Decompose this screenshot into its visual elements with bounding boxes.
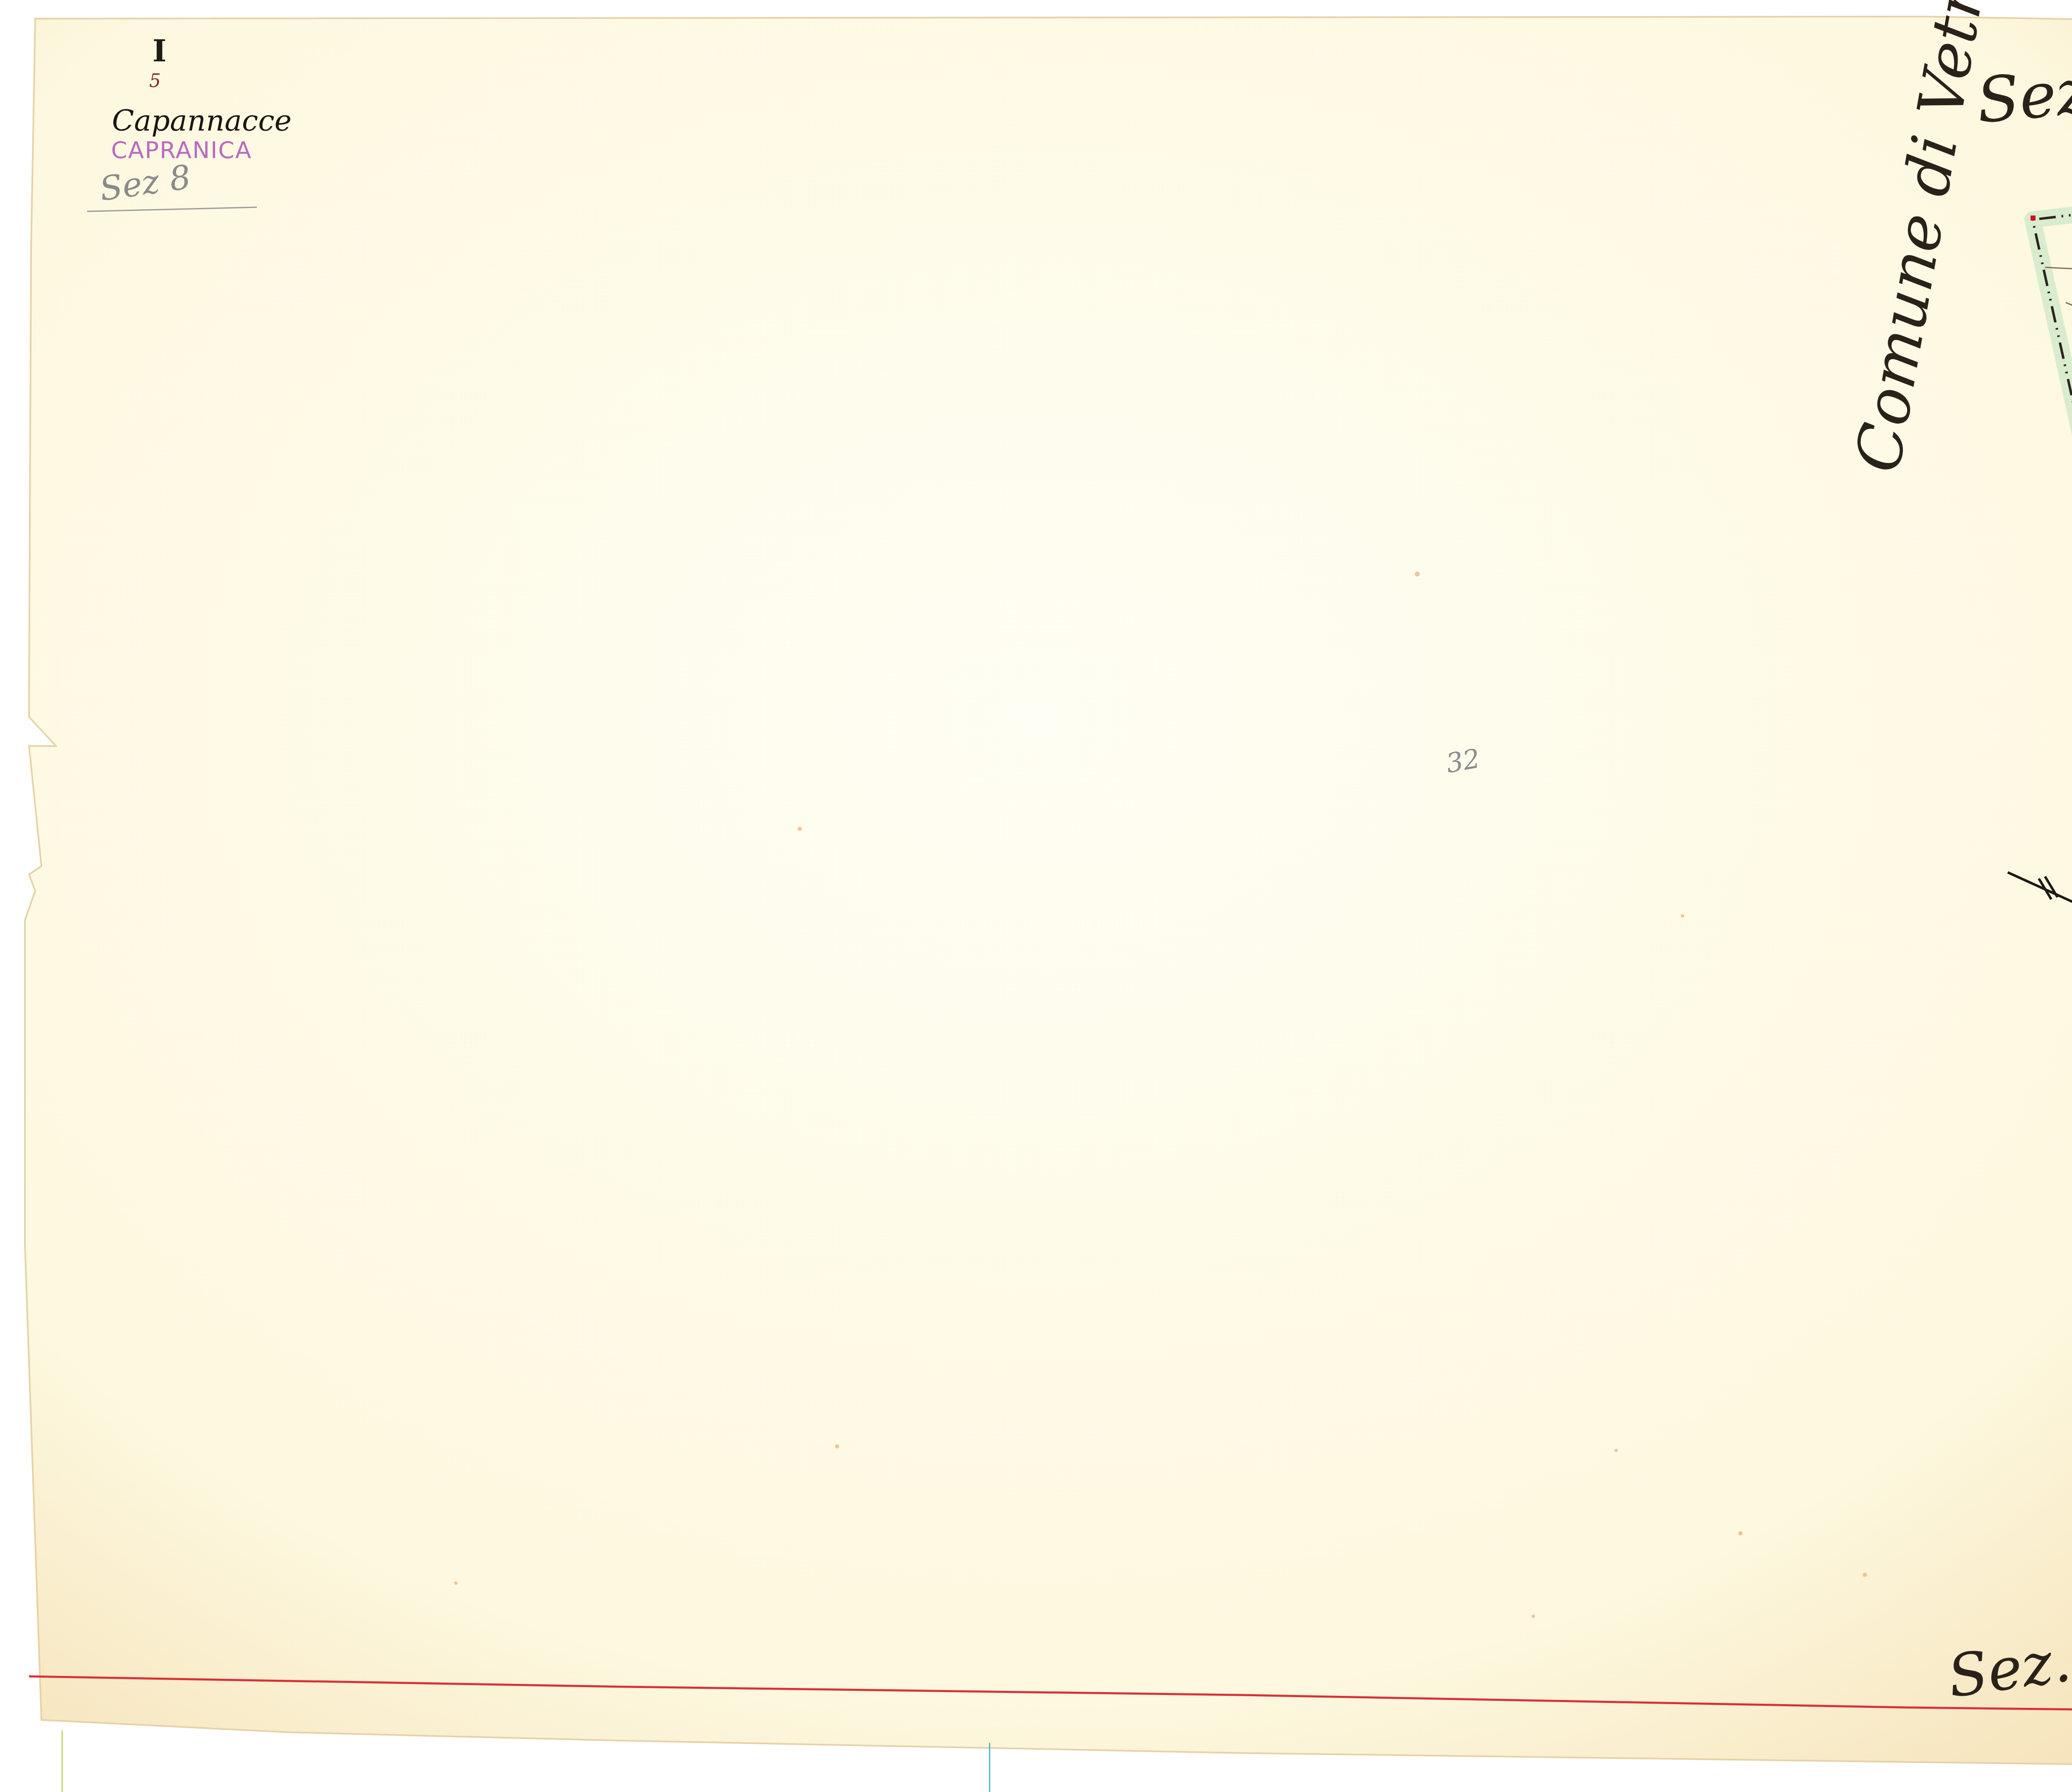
sheet-roman-numeral: I [152, 33, 167, 68]
pencil-center-mark: 32 [1444, 743, 1482, 779]
locality-name: Capannacce [112, 104, 292, 138]
sheet-number: 5 [149, 70, 161, 92]
paper-sheet [25, 17, 2072, 1766]
sezione-label-top: Sez.e [1974, 51, 2072, 138]
map-sheet [0, 0, 2072, 1792]
